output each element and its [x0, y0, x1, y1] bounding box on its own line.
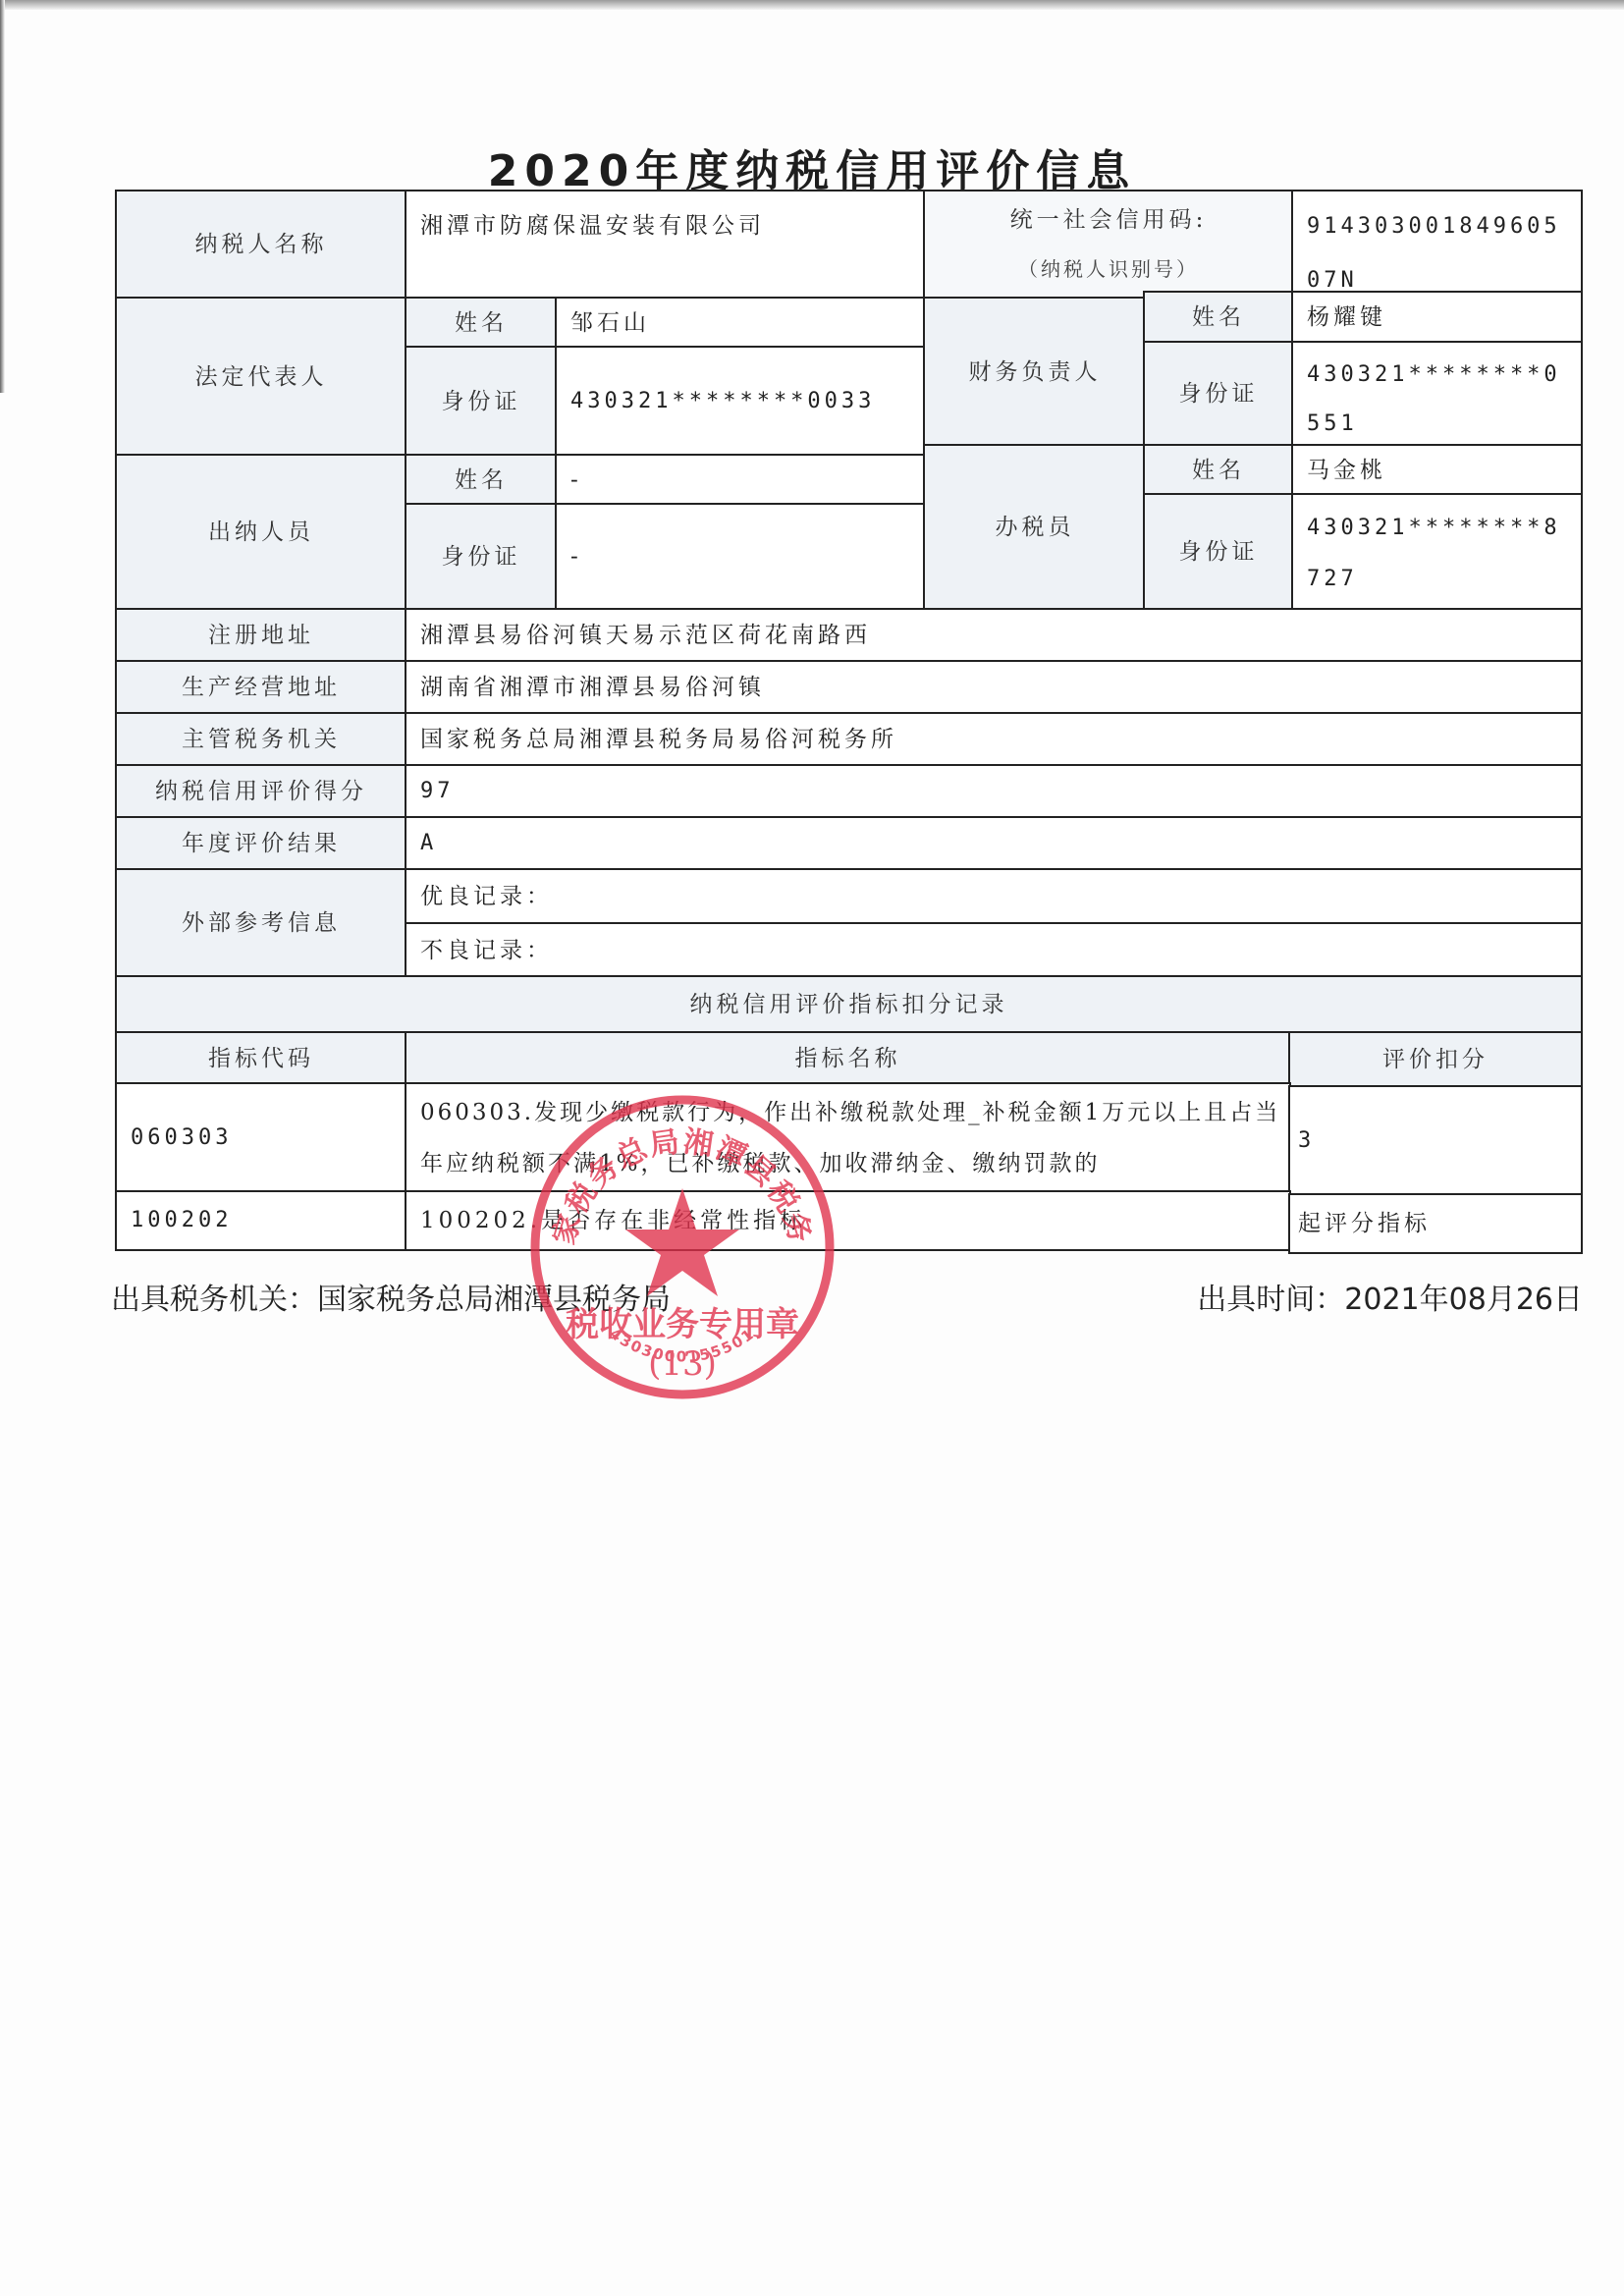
bad-record: 不良记录： [405, 922, 1583, 978]
issuer-value: 国家税务总局湘潭县税务局 [317, 1283, 671, 1317]
external-reference-label: 外部参考信息 [115, 868, 407, 978]
cashier-id-label-text: 身份证 [442, 531, 521, 582]
registered-address-label-text: 注册地址 [208, 610, 314, 661]
taxpayer-name-label: 纳税人名称 [115, 190, 407, 300]
column-header-code-text: 指标代码 [208, 1033, 314, 1084]
credit-code-label-text: 统一社会信用码: [1010, 195, 1208, 245]
issuer: 出具税务机关：国家税务总局湘潭县税务局 [111, 1275, 671, 1318]
good-record: 优良记录： [405, 868, 1583, 925]
tax-authority-label: 主管税务机关 [115, 712, 407, 767]
cashier-id-text: - [570, 531, 582, 582]
good-record-text: 优良记录： [420, 871, 553, 922]
tax-clerk-label-text: 办税员 [996, 502, 1075, 553]
taxpayer-name-value: 湘潭市防腐保温安装有限公司 [405, 190, 926, 300]
credit-score-label: 纳税信用评价得分 [115, 764, 407, 819]
cashier-name-label: 姓名 [405, 454, 558, 506]
table-row-1-deduction: 3 [1288, 1085, 1583, 1196]
legal-rep-name-value: 邹石山 [555, 297, 926, 349]
tax-clerk-label: 办税员 [923, 444, 1147, 611]
legal-rep-id-label-text: 身份证 [442, 376, 521, 427]
finance-head-id-label: 身份证 [1143, 341, 1294, 447]
credit-code-label: 统一社会信用码: （纳税人识别号） [923, 190, 1294, 300]
taxpayer-name-label-text: 纳税人名称 [195, 219, 328, 270]
tax-clerk-id-value: 430321********8727 [1291, 493, 1583, 611]
legal-rep-id-label: 身份证 [405, 346, 558, 457]
finance-head-name-label: 姓名 [1143, 291, 1294, 344]
cashier-name-label-text: 姓名 [455, 455, 508, 506]
table-row-2-deduction-text: 起评分指标 [1298, 1198, 1431, 1249]
cashier-label: 出纳人员 [115, 454, 407, 611]
issuer-label: 出具税务机关： [111, 1283, 317, 1317]
deduction-section-title: 纳税信用评价指标扣分记录 [115, 975, 1583, 1034]
column-header-deduction: 评价扣分 [1288, 1031, 1583, 1088]
seal-number: (13) [648, 1344, 717, 1384]
legal-rep-id-text: 430321********0033 [570, 376, 875, 427]
tax-clerk-name-value: 马金桃 [1291, 444, 1583, 496]
registered-address-value: 湘潭县易俗河镇天易示范区荷花南路西 [405, 608, 1583, 663]
tax-clerk-name-label: 姓名 [1143, 444, 1294, 496]
business-address-label: 生产经营地址 [115, 660, 407, 715]
table-row-1-name: 060303.发现少缴税款行为，作出补缴税款处理_补税金额1万元以上且占当年应纳… [405, 1082, 1291, 1193]
column-header-name-text: 指标名称 [795, 1033, 901, 1084]
tax-clerk-id-label-text: 身份证 [1179, 526, 1259, 577]
annual-result-label-text: 年度评价结果 [182, 818, 341, 869]
legal-rep-name-label-text: 姓名 [455, 298, 508, 349]
annual-result-value: A [405, 816, 1583, 871]
table-row-2-code: 100202 [115, 1190, 407, 1251]
finance-head-id-text: 430321********0551 [1307, 351, 1572, 449]
svg-text:4303000155501: 4303000155501 [607, 1325, 758, 1366]
column-header-code: 指标代码 [115, 1031, 407, 1085]
table-row-1-deduction-text: 3 [1298, 1116, 1315, 1167]
taxpayer-name-text: 湘潭市防腐保温安装有限公司 [420, 199, 793, 253]
credit-code-value: 91430300184960507N [1291, 190, 1583, 300]
finance-head-id-value: 430321********0551 [1291, 341, 1583, 447]
issue-time-value: 2021年08月26日 [1344, 1283, 1583, 1317]
cashier-name-text: - [570, 455, 582, 506]
table-row-1-code-text: 060303 [131, 1113, 232, 1164]
table-row-2-name: 100202.是否存在非经常性指标 [405, 1190, 1291, 1251]
cashier-name-value: - [555, 454, 926, 506]
business-address-value: 湖南省湘潭市湘潭县易俗河镇 [405, 660, 1583, 715]
issue-time-label: 出具时间： [1197, 1283, 1344, 1317]
legal-rep-name-label: 姓名 [405, 297, 558, 349]
credit-score-text: 97 [420, 766, 455, 817]
tax-authority-text: 国家税务总局湘潭县税务局易俗河税务所 [420, 714, 897, 765]
seal-code: 4303000155501 [607, 1325, 758, 1366]
tax-authority-value: 国家税务总局湘潭县税务局易俗河税务所 [405, 712, 1583, 767]
legal-rep-name-text: 邹石山 [570, 298, 650, 349]
credit-score-value: 97 [405, 764, 1583, 819]
table-row-1-code: 060303 [115, 1082, 407, 1193]
finance-head-id-label-text: 身份证 [1179, 368, 1259, 419]
registered-address-label: 注册地址 [115, 608, 407, 663]
cashier-label-text: 出纳人员 [208, 507, 314, 558]
column-header-name: 指标名称 [405, 1031, 1291, 1085]
scan-edge [0, 0, 1624, 10]
external-reference-label-text: 外部参考信息 [182, 898, 341, 949]
tax-authority-label-text: 主管税务机关 [182, 714, 341, 765]
business-address-text: 湖南省湘潭市湘潭县易俗河镇 [420, 662, 765, 713]
finance-head-label: 财务负责人 [923, 297, 1147, 447]
finance-head-label-text: 财务负责人 [969, 347, 1102, 398]
annual-result-label: 年度评价结果 [115, 816, 407, 871]
credit-code-sublabel: （纳税人识别号） [1018, 245, 1199, 294]
business-address-label-text: 生产经营地址 [182, 662, 341, 713]
issue-time: 出具时间：2021年08月26日 [1197, 1275, 1583, 1318]
bad-record-text: 不良记录： [420, 925, 553, 976]
table-row-2-name-text: 100202.是否存在非经常性指标 [420, 1195, 806, 1246]
tax-clerk-id-label: 身份证 [1143, 493, 1294, 611]
finance-head-name-label-text: 姓名 [1192, 292, 1245, 343]
tax-clerk-name-label-text: 姓名 [1192, 445, 1245, 496]
table-row-1-name-text: 060303.发现少缴税款行为，作出补缴税款处理_补税金额1万元以上且占当年应纳… [420, 1087, 1284, 1189]
table-row-2-deduction: 起评分指标 [1288, 1193, 1583, 1254]
cashier-id-value: - [555, 503, 926, 611]
legal-rep-label: 法定代表人 [115, 297, 407, 457]
tax-clerk-name-text: 马金桃 [1307, 445, 1386, 496]
deduction-section-title-text: 纳税信用评价指标扣分记录 [690, 979, 1008, 1030]
credit-score-label-text: 纳税信用评价得分 [155, 766, 367, 817]
legal-rep-label-text: 法定代表人 [195, 352, 328, 403]
table-row-2-code-text: 100202 [131, 1195, 232, 1246]
finance-head-name-text: 杨耀键 [1307, 292, 1386, 343]
tax-clerk-id-text: 430321********8727 [1307, 503, 1572, 605]
finance-head-name-value: 杨耀键 [1291, 291, 1583, 344]
column-header-deduction-text: 评价扣分 [1382, 1034, 1489, 1085]
registered-address-text: 湘潭县易俗河镇天易示范区荷花南路西 [420, 610, 871, 661]
legal-rep-id-value: 430321********0033 [555, 346, 926, 457]
cashier-id-label: 身份证 [405, 503, 558, 611]
annual-result-text: A [420, 818, 437, 869]
